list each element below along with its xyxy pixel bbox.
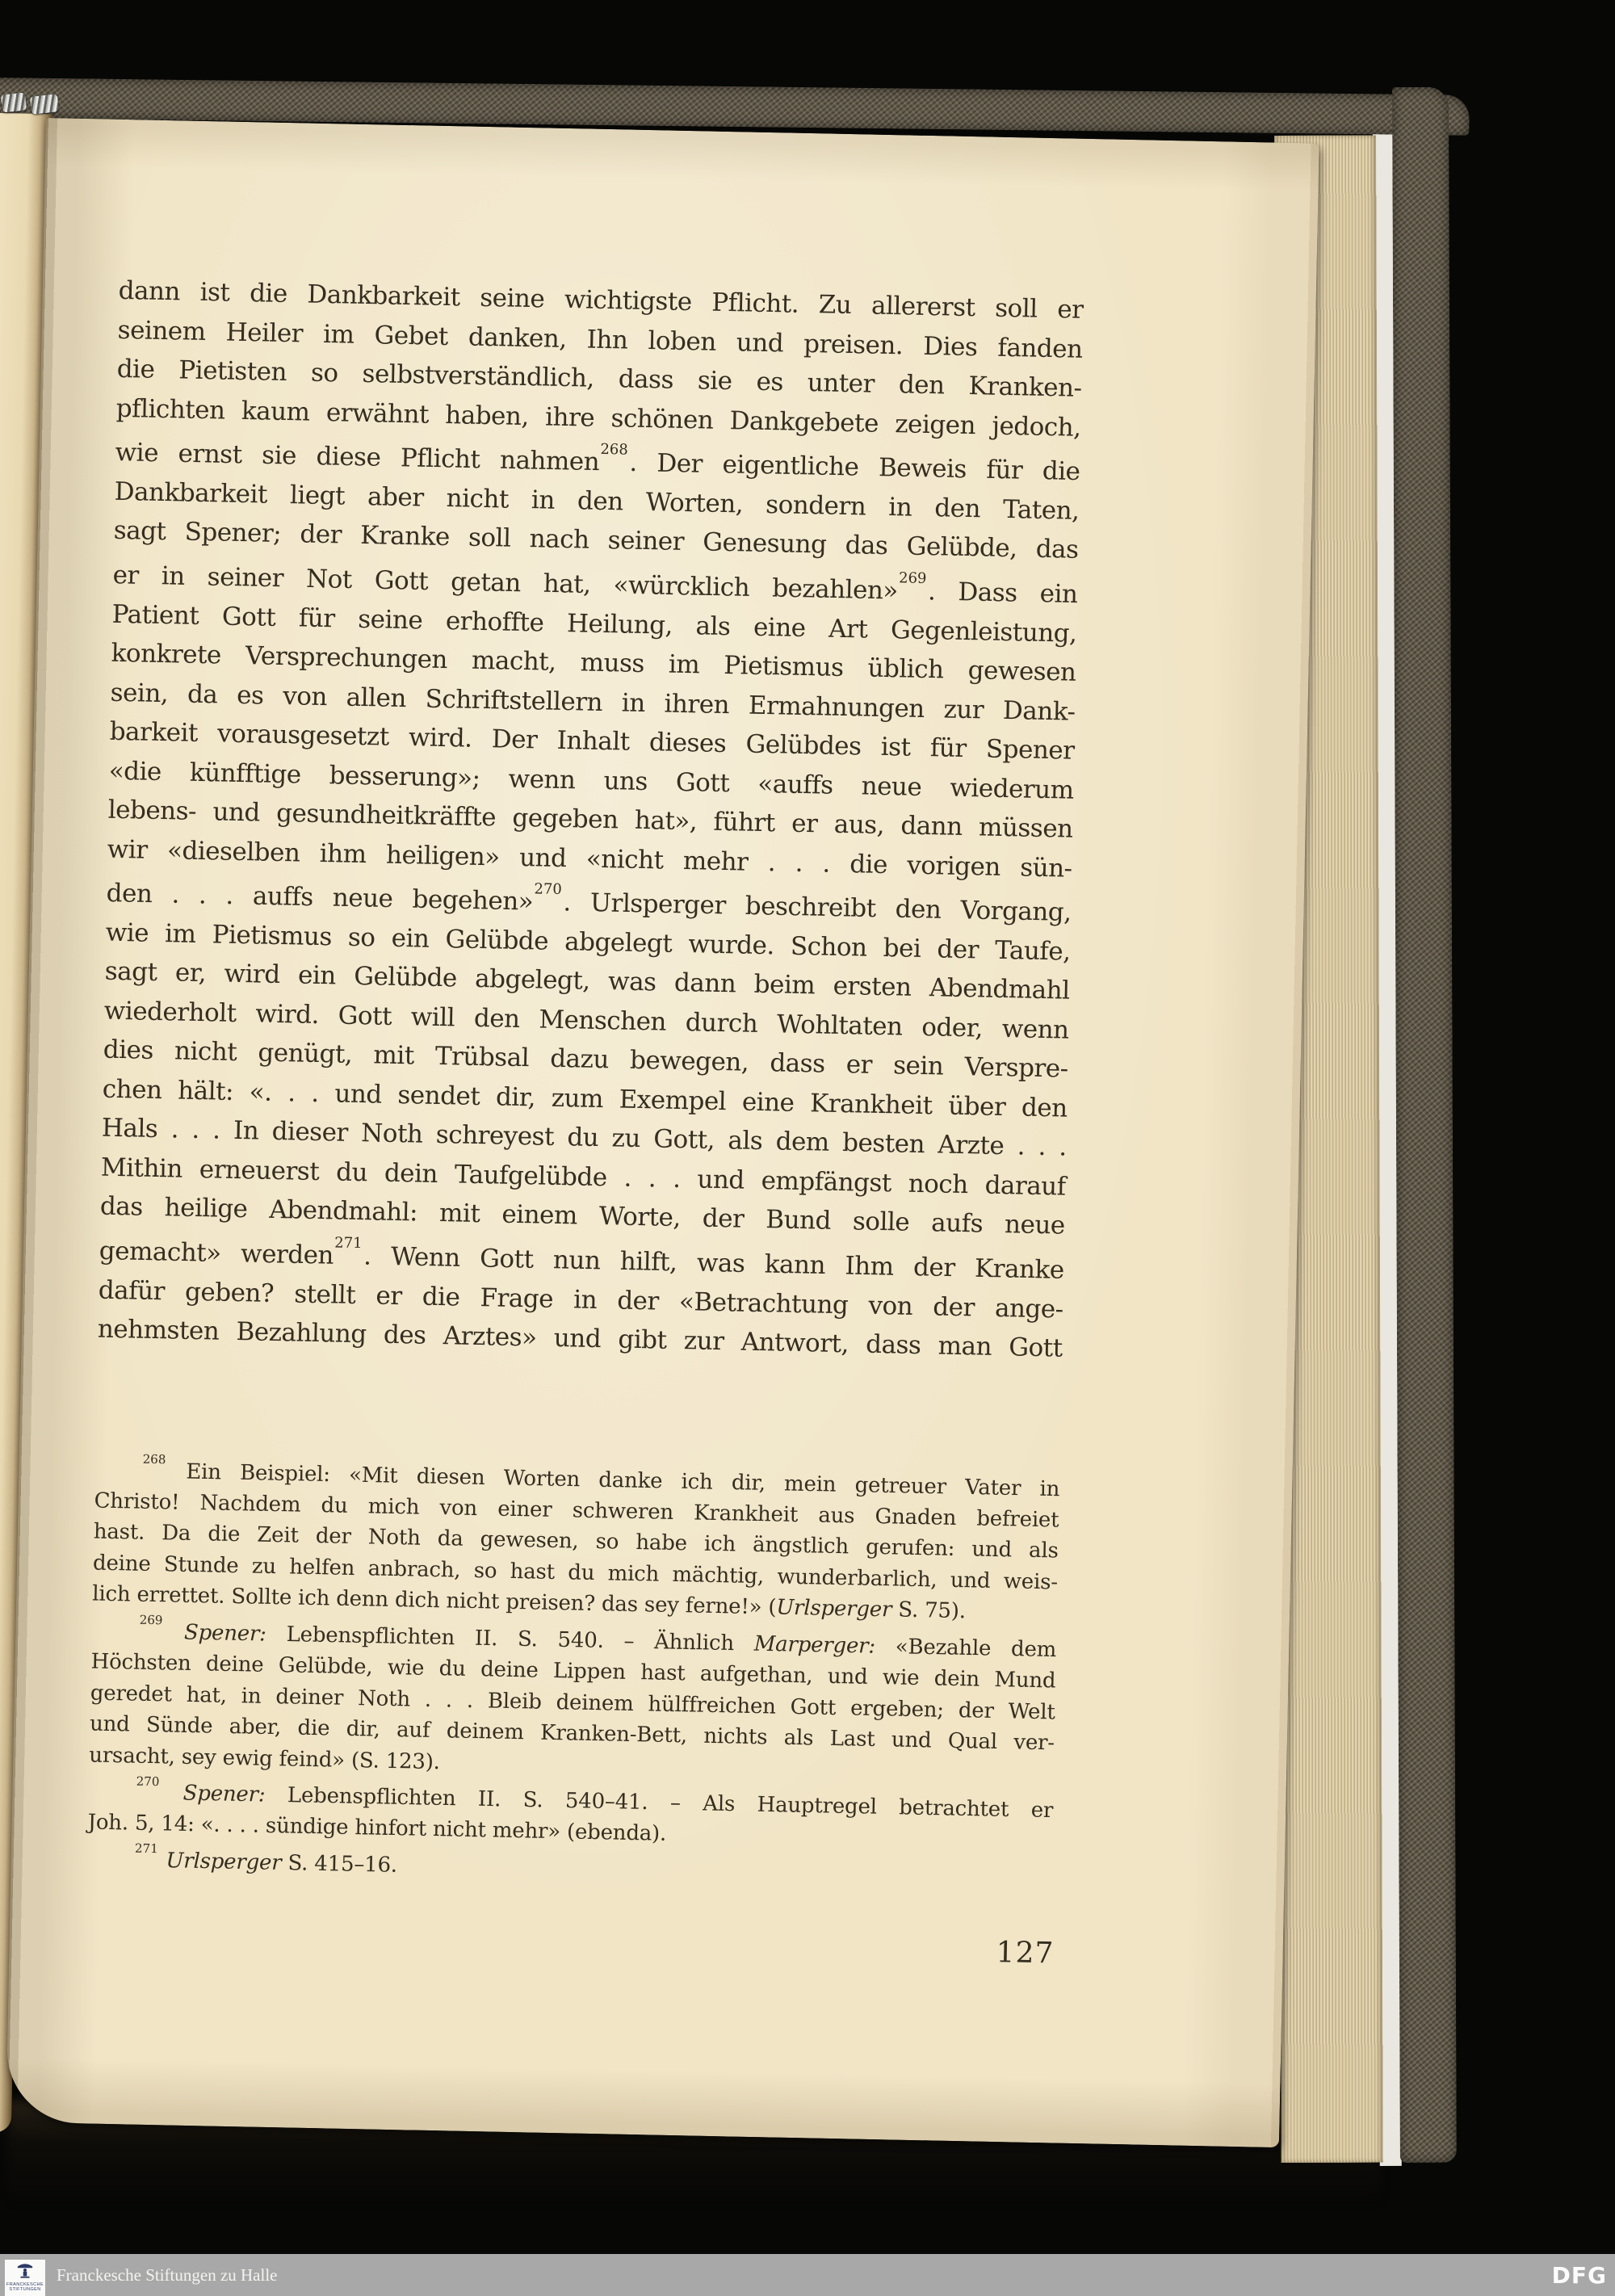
main-text-block: dann ist die Dankbarkeit seine wichtigst… — [97, 271, 1084, 1369]
francke-monument-icon — [16, 2261, 34, 2282]
page-number: 127 — [85, 1917, 1051, 1970]
book-cover-right — [1392, 87, 1457, 2163]
book-page: dann ist die Dankbarkeit seine wichtigst… — [6, 118, 1319, 2147]
metal-clip-icon — [30, 94, 59, 114]
dfg-logo: DFG — [1552, 2254, 1607, 2296]
metal-clip-icon — [1, 92, 27, 112]
footer-bar: FRANCKESCHE STIFTUNGEN Franckesche Stift… — [0, 2254, 1615, 2296]
institution-name: Franckesche Stiftungen zu Halle — [57, 2254, 278, 2296]
scanned-book-viewer: dann ist die Dankbarkeit seine wichtigst… — [0, 0, 1615, 2296]
page-text-block: dann ist die Dankbarkeit seine wichtigst… — [85, 271, 1084, 1971]
institution-logo: FRANCKESCHE STIFTUNGEN — [5, 2260, 45, 2296]
footnotes-block: 268 Ein Beispiel: «Mit diesen Worten dan… — [86, 1449, 1059, 1894]
logo-caption-line2: STIFTUNGEN — [9, 2287, 40, 2292]
